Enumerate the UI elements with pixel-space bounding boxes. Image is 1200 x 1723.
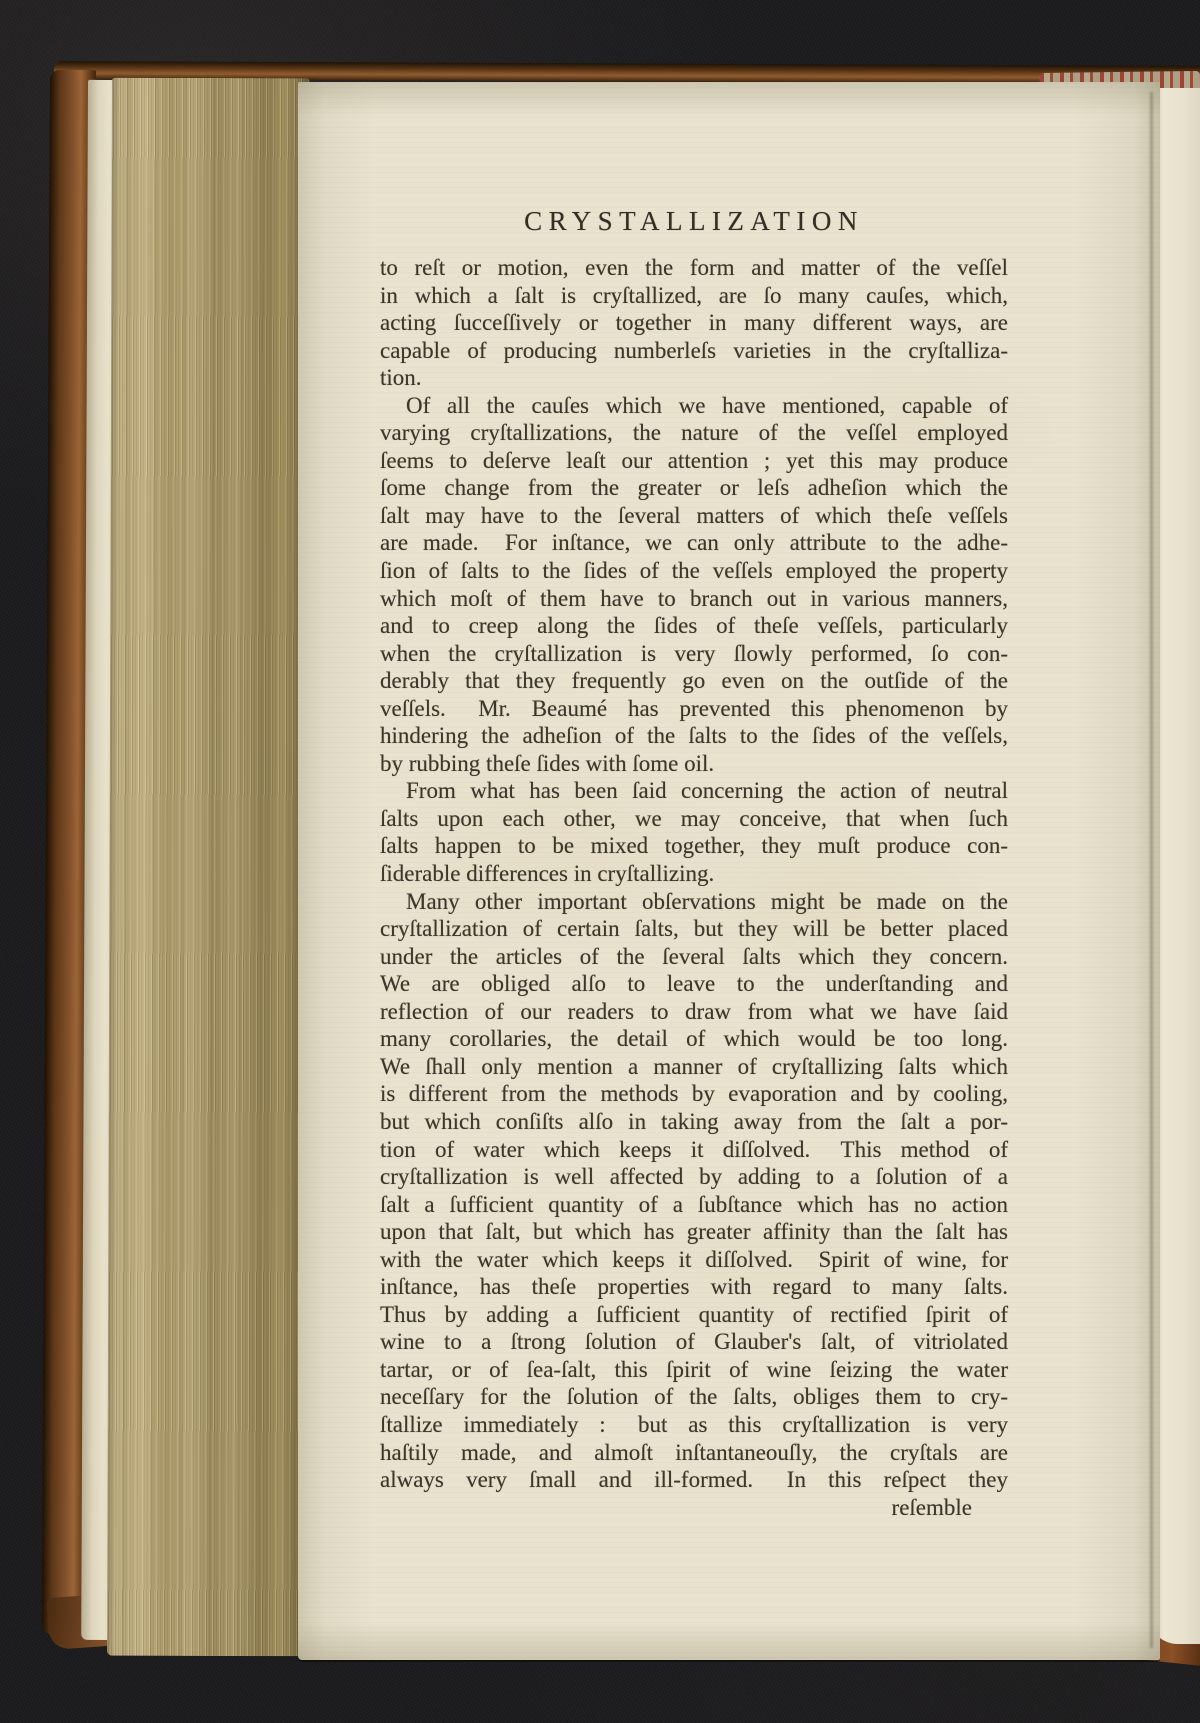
- catchword: reſemble: [380, 1494, 1008, 1522]
- text-line: capable of producing numberleſs varietie…: [380, 337, 1008, 365]
- text-line: We are obliged alſo to leave to the unde…: [380, 970, 1008, 998]
- text-line: ſalt may have to the ſeveral matters of …: [380, 502, 1008, 530]
- text-line: From what has been ſaid concerning the a…: [380, 777, 1008, 805]
- text-line: wine to a ſtrong ſolution of Glauber's ſ…: [380, 1328, 1008, 1356]
- text-line: Of all the cauſes which we have mentione…: [380, 392, 1008, 420]
- body-text: to reſt or motion, even the form and mat…: [380, 254, 1008, 1521]
- text-line: inſtance, has theſe properties with rega…: [380, 1273, 1008, 1301]
- text-line: hindering the adheſion of the ſalts to t…: [380, 722, 1008, 750]
- text-line: tartar, or of ſea-ſalt, this ſpirit of w…: [380, 1356, 1008, 1384]
- text-line: Many other important obſervations might …: [380, 888, 1008, 916]
- page-block-fore-edge: [107, 78, 310, 1657]
- text-line: neceſſary for the ſolution of the ſalts,…: [380, 1383, 1008, 1411]
- text-line: many corollaries, the detail of which wo…: [380, 1025, 1008, 1053]
- text-line: tion.: [380, 364, 1008, 392]
- text-line: with the water which keeps it diſſolved.…: [380, 1246, 1008, 1274]
- text-line: ſiderable differences in cryſtallizing.: [380, 860, 1008, 888]
- text-line: ſion of ſalts to the ſides of the veſſel…: [380, 557, 1008, 585]
- text-line: acting ſucceſſively or together in many …: [380, 309, 1008, 337]
- text-line: and to creep along the ſides of theſe ve…: [380, 612, 1008, 640]
- text-line: in which a ſalt is cryſtallized, are ſo …: [380, 282, 1008, 310]
- text-line: to reſt or motion, even the form and mat…: [380, 254, 1008, 282]
- text-line: haſtily made, and almoſt inſtantaneouſly…: [380, 1439, 1008, 1467]
- text-line: ſalts upon each other, we may conceive, …: [380, 805, 1008, 833]
- text-line: ſalts happen to be mixed together, they …: [380, 832, 1008, 860]
- text-line: derably that they frequently go even on …: [380, 667, 1008, 695]
- text-line: ſalt a ſufficient quantity of a ſubſtanc…: [380, 1191, 1008, 1219]
- text-line: ſome change from the greater or leſs adh…: [380, 474, 1008, 502]
- text-line: tion of water which keeps it diſſolved. …: [380, 1136, 1008, 1164]
- text-line: by rubbing theſe ſides with ſome oil.: [380, 750, 1008, 778]
- text-line: veſſels. Mr. Beaumé has prevented this p…: [380, 695, 1008, 723]
- text-line: Thus by adding a ſufficient quantity of …: [380, 1301, 1008, 1329]
- text-line: ſeems to deſerve leaſt our attention ; y…: [380, 447, 1008, 475]
- text-line: upon that ſalt, but which has greater af…: [380, 1218, 1008, 1246]
- page-title: CRYSTALLIZATION: [380, 206, 1008, 237]
- text-line: reflection of our readers to draw from w…: [380, 998, 1008, 1026]
- book-photograph: CRYSTALLIZATION to reſt or motion, even …: [0, 0, 1200, 1723]
- text-line: when the cryſtallization is very ſlowly …: [380, 640, 1008, 668]
- text-line: cryſtallization is well affected by addi…: [380, 1163, 1008, 1191]
- text-line: but which conſiſts alſo in taking away f…: [380, 1108, 1008, 1136]
- text-line: are made. For inſtance, we can only attr…: [380, 529, 1008, 557]
- text-line: is different from the methods by evapora…: [380, 1080, 1008, 1108]
- text-line: We ſhall only mention a manner of cryſta…: [380, 1053, 1008, 1081]
- text-line: which moſt of them have to branch out in…: [380, 585, 1008, 613]
- text-line: ſtallize immediately : but as this cryſt…: [380, 1411, 1008, 1439]
- text-line: cryſtallization of certain ſalts, but th…: [380, 915, 1008, 943]
- text-line: varying cryſtallizations, the nature of …: [380, 419, 1008, 447]
- text-line: always very ſmall and ill-formed. In thi…: [380, 1466, 1008, 1494]
- text-line: under the articles of the ſeveral ſalts …: [380, 943, 1008, 971]
- gutter-crease: [1150, 92, 1153, 1648]
